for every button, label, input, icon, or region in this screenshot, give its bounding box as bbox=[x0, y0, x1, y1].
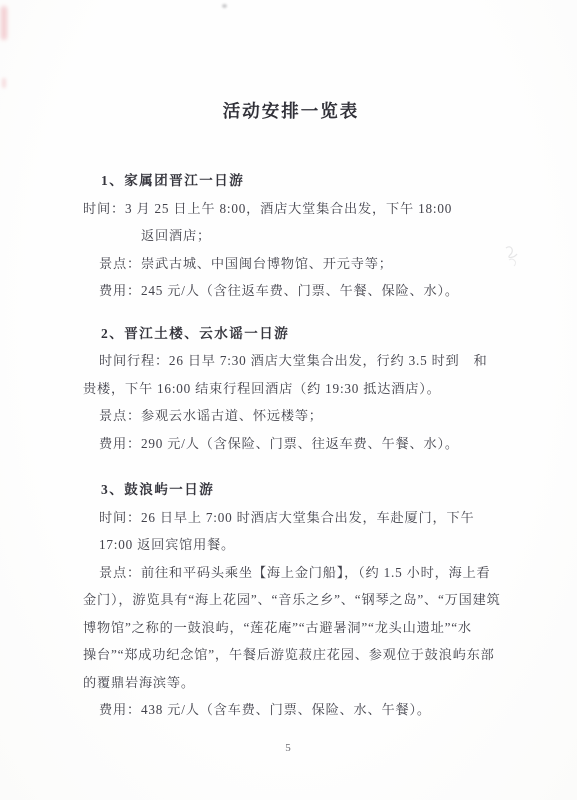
text-line: 费用：245 元/人（含往返车费、门票、午餐、保险、水）。 bbox=[99, 277, 499, 305]
red-ink-speck bbox=[2, 78, 6, 88]
document-body: 活动安排一览表 1、家属团晋江一日游 时间：3 月 25 日上午 8:00，酒店… bbox=[83, 0, 499, 724]
section-trip-3: 3、鼓浪屿一日游 时间：26 日早上 7:00 时酒店大堂集合出发，车赴厦门，下… bbox=[83, 476, 499, 724]
text-line: 景点：前往和平码头乘坐【海上金门船】，（约 1.5 小时，海上看 bbox=[99, 559, 499, 587]
text-line: 17:00 返回宾馆用餐。 bbox=[99, 531, 499, 559]
text-line: 费用：438 元/人（含车费、门票、保险、水、午餐）。 bbox=[99, 696, 499, 724]
text-line: 返回酒店； bbox=[141, 222, 499, 250]
page-number: 5 bbox=[0, 742, 577, 754]
red-ink-mark bbox=[1, 6, 7, 40]
text-line: 操台”“郑成功纪念馆”，午餐后游览菽庄花园、参观位于鼓浪屿东部 bbox=[83, 641, 499, 669]
section-3-heading: 3、鼓浪屿一日游 bbox=[101, 476, 499, 504]
text-line: 时间：26 日早上 7:00 时酒店大堂集合出发，车赴厦门，下午 bbox=[99, 504, 499, 532]
section-2-heading: 2、晋江土楼、云水谣一日游 bbox=[101, 320, 499, 348]
text-line: 博物馆”之称的一鼓浪屿，“莲花庵”“古避暑洞”“龙头山遗址”“水 bbox=[83, 614, 499, 642]
text-line: 时间：3 月 25 日上午 8:00，酒店大堂集合出发，下午 18:00 bbox=[83, 195, 499, 223]
page-title: 活动安排一览表 bbox=[83, 97, 499, 125]
text-line: 金门），游览具有“海上花园”、“音乐之乡”、“钢琴之岛”、“万国建筑 bbox=[83, 586, 499, 614]
scanned-document-page: 活动安排一览表 1、家属团晋江一日游 时间：3 月 25 日上午 8:00，酒店… bbox=[0, 0, 577, 800]
section-1-heading: 1、家属团晋江一日游 bbox=[101, 167, 499, 195]
text-line: 的覆鼎岩海滨等。 bbox=[83, 669, 499, 697]
section-trip-1: 1、家属团晋江一日游 时间：3 月 25 日上午 8:00，酒店大堂集合出发，下… bbox=[83, 167, 499, 305]
text-line: 景点：崇武古城、中国闽台博物馆、开元寺等； bbox=[99, 250, 499, 278]
text-line: 时间行程：26 日早 7:30 酒店大堂集合出发，行约 3.5 时到 和 bbox=[99, 347, 499, 375]
section-trip-2: 2、晋江土楼、云水谣一日游 时间行程：26 日早 7:30 酒店大堂集合出发，行… bbox=[83, 320, 499, 458]
text-line: 贵楼，下午 16:00 结束行程回酒店（约 19:30 抵达酒店）。 bbox=[83, 375, 499, 403]
text-line: 费用：290 元/人（含保险、门票、往返车费、午餐、水）。 bbox=[99, 430, 499, 458]
text-line: 景点：参观云水谣古道、怀远楼等； bbox=[99, 402, 499, 430]
pencil-smudge bbox=[502, 242, 524, 270]
